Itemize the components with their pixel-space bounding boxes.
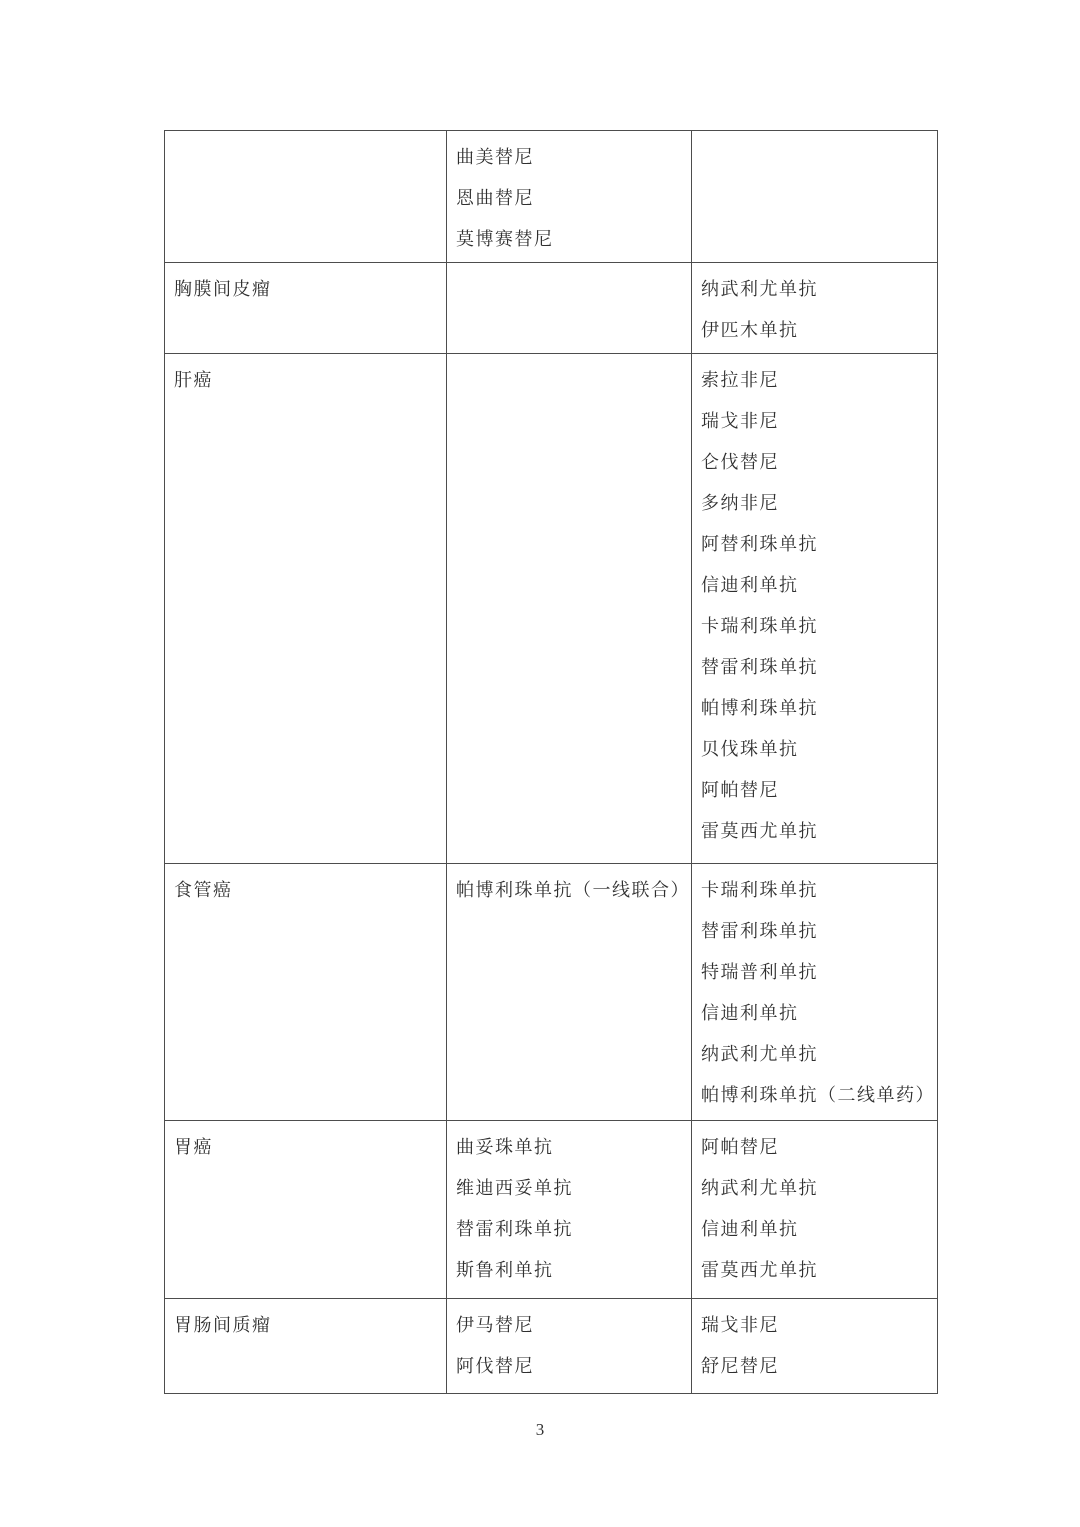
cancer-type-label: 胸膜间皮瘤 bbox=[174, 269, 438, 310]
drug-name: 帕博利珠单抗（二线单药） bbox=[701, 1075, 929, 1116]
drug-name: 帕博利珠单抗 bbox=[701, 688, 929, 729]
drug-table-body: 曲美替尼恩曲替尼莫博赛替尼胸膜间皮瘤纳武利尤单抗伊匹木单抗肝癌索拉非尼瑞戈非尼仑… bbox=[165, 131, 938, 1394]
drug-name: 阿伐替尼 bbox=[456, 1346, 683, 1387]
drug-name: 伊匹木单抗 bbox=[701, 310, 929, 351]
drug-name: 卡瑞利珠单抗 bbox=[701, 870, 929, 911]
drug-column2-cell bbox=[447, 263, 692, 354]
drug-column3-cell: 纳武利尤单抗伊匹木单抗 bbox=[692, 263, 938, 354]
drug-name: 阿帕替尼 bbox=[701, 770, 929, 811]
drug-name: 替雷利珠单抗 bbox=[701, 911, 929, 952]
drug-name: 卡瑞利珠单抗 bbox=[701, 606, 929, 647]
cancer-type-cell: 胃癌 bbox=[165, 1121, 447, 1299]
drug-name: 纳武利尤单抗 bbox=[701, 1034, 929, 1075]
drug-name: 斯鲁利单抗 bbox=[456, 1250, 683, 1291]
drug-name: 贝伐珠单抗 bbox=[701, 729, 929, 770]
drug-name: 替雷利珠单抗 bbox=[701, 647, 929, 688]
drug-name: 仑伐替尼 bbox=[701, 442, 929, 483]
cancer-type-cell: 胸膜间皮瘤 bbox=[165, 263, 447, 354]
drug-name: 瑞戈非尼 bbox=[701, 401, 929, 442]
drug-name: 伊马替尼 bbox=[456, 1305, 683, 1346]
drug-name: 曲美替尼 bbox=[456, 137, 683, 178]
drug-column2-cell: 伊马替尼阿伐替尼 bbox=[447, 1299, 692, 1394]
document-page-table-area: 曲美替尼恩曲替尼莫博赛替尼胸膜间皮瘤纳武利尤单抗伊匹木单抗肝癌索拉非尼瑞戈非尼仑… bbox=[164, 130, 937, 1394]
drug-name: 莫博赛替尼 bbox=[456, 219, 683, 260]
drug-column3-cell: 瑞戈非尼舒尼替尼 bbox=[692, 1299, 938, 1394]
cancer-type-cell: 肝癌 bbox=[165, 354, 447, 864]
cancer-type-cell: 胃肠间质瘤 bbox=[165, 1299, 447, 1394]
drug-column2-cell: 曲美替尼恩曲替尼莫博赛替尼 bbox=[447, 131, 692, 263]
page-number: 3 bbox=[0, 1420, 1080, 1440]
drug-name: 多纳非尼 bbox=[701, 483, 929, 524]
cancer-type-label: 胃肠间质瘤 bbox=[174, 1305, 438, 1346]
drug-name: 阿帕替尼 bbox=[701, 1127, 929, 1168]
drug-name: 瑞戈非尼 bbox=[701, 1305, 929, 1346]
drug-table: 曲美替尼恩曲替尼莫博赛替尼胸膜间皮瘤纳武利尤单抗伊匹木单抗肝癌索拉非尼瑞戈非尼仑… bbox=[164, 130, 938, 1394]
drug-name: 曲妥珠单抗 bbox=[456, 1127, 683, 1168]
table-row: 曲美替尼恩曲替尼莫博赛替尼 bbox=[165, 131, 938, 263]
table-row: 肝癌索拉非尼瑞戈非尼仑伐替尼多纳非尼阿替利珠单抗信迪利单抗卡瑞利珠单抗替雷利珠单… bbox=[165, 354, 938, 864]
drug-name: 纳武利尤单抗 bbox=[701, 269, 929, 310]
drug-name: 替雷利珠单抗 bbox=[456, 1209, 683, 1250]
drug-name: 纳武利尤单抗 bbox=[701, 1168, 929, 1209]
table-row: 胃肠间质瘤伊马替尼阿伐替尼瑞戈非尼舒尼替尼 bbox=[165, 1299, 938, 1394]
drug-name: 雷莫西尤单抗 bbox=[701, 811, 929, 852]
drug-name: 帕博利珠单抗（一线联合） bbox=[456, 870, 683, 911]
drug-column2-cell: 曲妥珠单抗维迪西妥单抗替雷利珠单抗斯鲁利单抗 bbox=[447, 1121, 692, 1299]
drug-column2-cell bbox=[447, 354, 692, 864]
drug-column3-cell: 索拉非尼瑞戈非尼仑伐替尼多纳非尼阿替利珠单抗信迪利单抗卡瑞利珠单抗替雷利珠单抗帕… bbox=[692, 354, 938, 864]
cancer-type-cell: 食管癌 bbox=[165, 864, 447, 1121]
drug-name: 阿替利珠单抗 bbox=[701, 524, 929, 565]
drug-column3-cell bbox=[692, 131, 938, 263]
drug-column2-cell: 帕博利珠单抗（一线联合） bbox=[447, 864, 692, 1121]
drug-column3-cell: 卡瑞利珠单抗替雷利珠单抗特瑞普利单抗信迪利单抗纳武利尤单抗帕博利珠单抗（二线单药… bbox=[692, 864, 938, 1121]
drug-name: 舒尼替尼 bbox=[701, 1346, 929, 1387]
cancer-type-label: 胃癌 bbox=[174, 1127, 438, 1168]
drug-name: 信迪利单抗 bbox=[701, 1209, 929, 1250]
drug-column3-cell: 阿帕替尼纳武利尤单抗信迪利单抗雷莫西尤单抗 bbox=[692, 1121, 938, 1299]
drug-name: 恩曲替尼 bbox=[456, 178, 683, 219]
drug-name: 雷莫西尤单抗 bbox=[701, 1250, 929, 1291]
table-row: 胸膜间皮瘤纳武利尤单抗伊匹木单抗 bbox=[165, 263, 938, 354]
table-row: 胃癌曲妥珠单抗维迪西妥单抗替雷利珠单抗斯鲁利单抗阿帕替尼纳武利尤单抗信迪利单抗雷… bbox=[165, 1121, 938, 1299]
table-row: 食管癌帕博利珠单抗（一线联合）卡瑞利珠单抗替雷利珠单抗特瑞普利单抗信迪利单抗纳武… bbox=[165, 864, 938, 1121]
drug-name: 索拉非尼 bbox=[701, 360, 929, 401]
drug-name: 信迪利单抗 bbox=[701, 565, 929, 606]
cancer-type-label: 肝癌 bbox=[174, 360, 438, 401]
cancer-type-label: 食管癌 bbox=[174, 870, 438, 911]
drug-name: 信迪利单抗 bbox=[701, 993, 929, 1034]
drug-name: 维迪西妥单抗 bbox=[456, 1168, 683, 1209]
cancer-type-cell bbox=[165, 131, 447, 263]
drug-name: 特瑞普利单抗 bbox=[701, 952, 929, 993]
